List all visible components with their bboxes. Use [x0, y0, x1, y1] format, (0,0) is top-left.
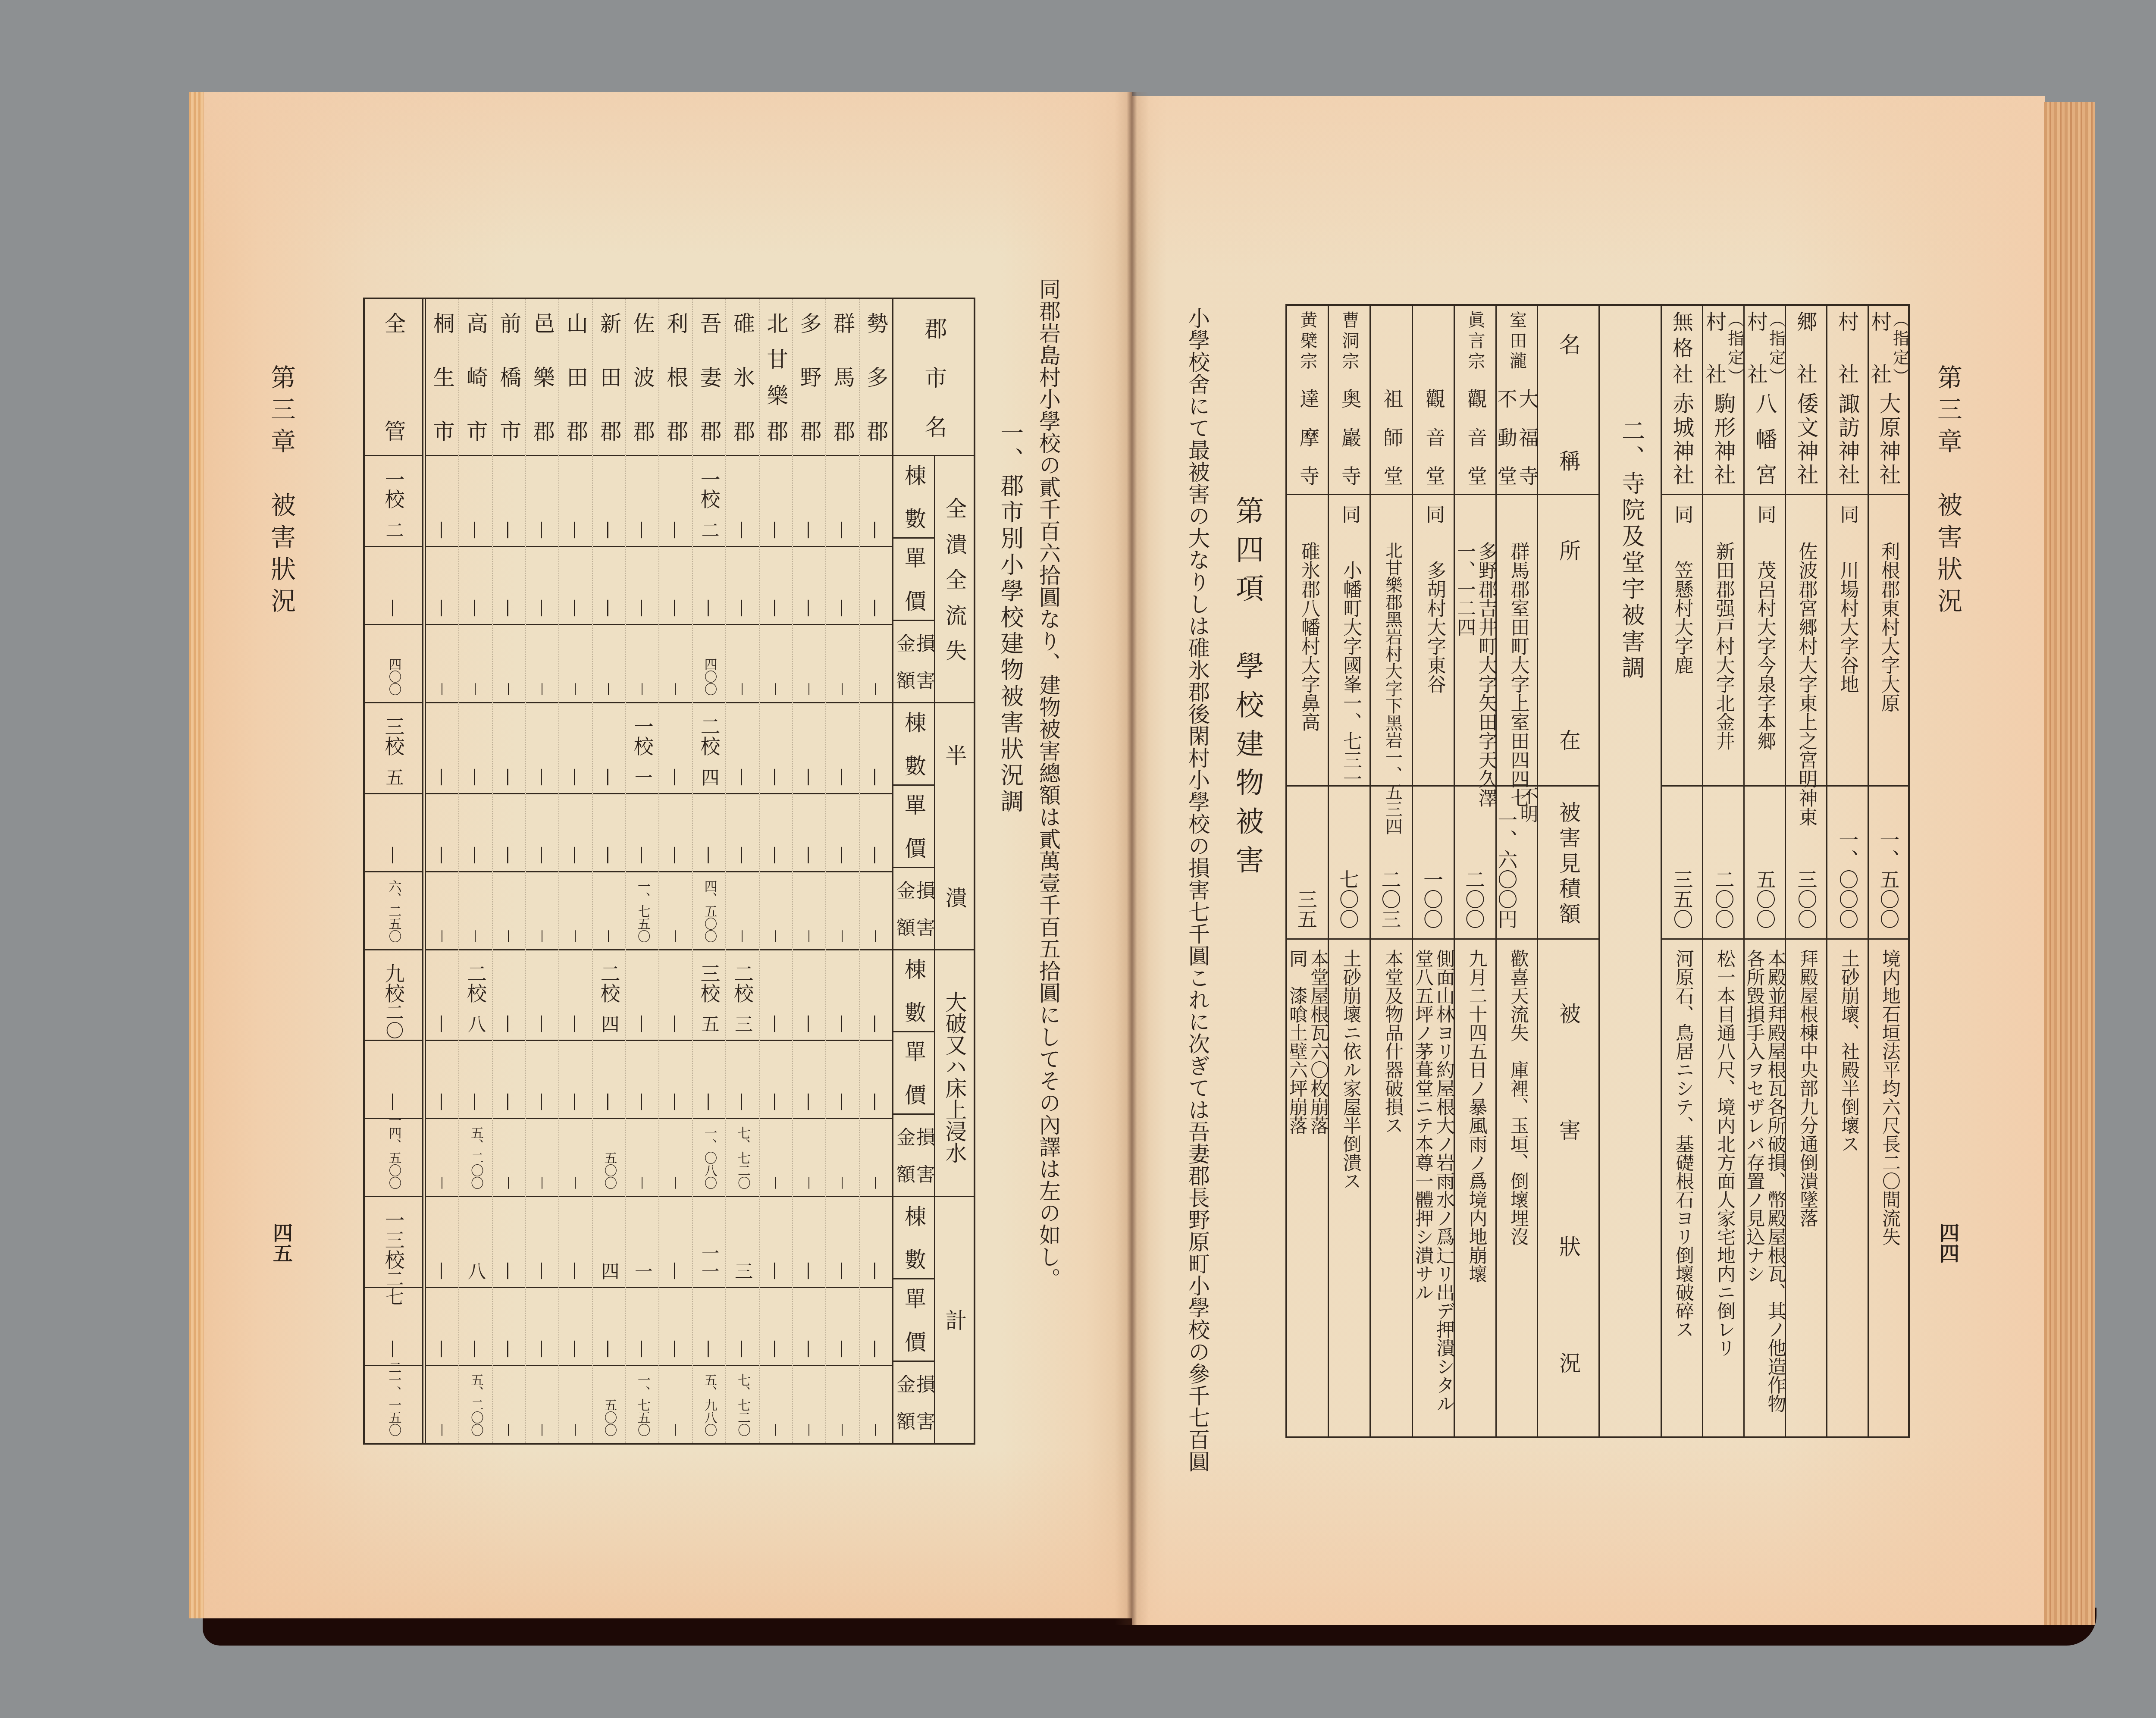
- damage-estimate: 三〇〇: [1796, 869, 1816, 929]
- unit-price: —: [533, 1340, 552, 1358]
- damage-estimate: 一、〇〇〇: [1838, 830, 1858, 929]
- district-header: 吾妻郡: [693, 299, 725, 456]
- unit-price: —: [834, 1093, 852, 1111]
- amount-cell: 一〇〇: [1413, 787, 1454, 940]
- location: 碓氷郡八幡村大字鼻高: [1299, 542, 1318, 731]
- group-half-collapse: 半潰: [944, 744, 965, 908]
- temple-name: 奥巖寺: [1340, 389, 1360, 486]
- damage-cell: 境内地石垣法平均六尺長二〇間流失: [1869, 940, 1908, 1436]
- building-count: 一: [633, 768, 652, 786]
- unit-price: —: [433, 846, 451, 864]
- count-cell: 一校一: [626, 703, 658, 794]
- unit-price-cell: —: [826, 547, 859, 625]
- damage-cell: 本殿並拜殿屋根瓦各所破損、幣殿屋根瓦、其ノ他造作物各所毀損手入ヲセザレバ存置ノ見…: [1745, 940, 1785, 1436]
- district-header: 多野郡: [793, 299, 825, 456]
- temple-sect: 曹洞宗: [1341, 311, 1358, 369]
- unit-price: —: [667, 599, 685, 617]
- damage-amount-cell: —: [726, 625, 758, 703]
- unit-price: —: [834, 1340, 852, 1358]
- building-count: 二: [700, 521, 718, 539]
- damage-amount: —: [669, 1423, 682, 1436]
- damage-amount-cell: —: [493, 625, 525, 703]
- building-count: —: [767, 1262, 785, 1280]
- amount-cell: 一、五〇〇: [1869, 787, 1908, 940]
- damage-amount: 五〇〇: [602, 1398, 615, 1436]
- damage-text: 九月二十四五日ノ暴風雨ノ爲境内地崩壞: [1467, 949, 1486, 1283]
- unit-price-label: 單價: [903, 1041, 924, 1105]
- sub-label-cell: 棟數: [893, 1197, 934, 1279]
- temple-name-2: 不動堂: [1496, 389, 1516, 486]
- location: 新田郡强戸村大字北金井: [1714, 542, 1733, 750]
- damage-amount: —: [569, 1423, 582, 1436]
- damage-amount-cell: —: [426, 1366, 458, 1443]
- unit-price-cell: —: [459, 1041, 492, 1119]
- unit-price-cell: —: [365, 794, 422, 872]
- building-count: 二: [385, 521, 403, 539]
- building-count: 三: [733, 1262, 752, 1280]
- count-cell: 一一: [693, 1197, 725, 1288]
- unit-price: —: [700, 846, 718, 864]
- rank-note: （指定）: [1768, 311, 1784, 384]
- district-name: 勢多郡: [865, 312, 887, 442]
- damage-amount-cell: —: [526, 872, 558, 950]
- unit-price: —: [433, 1093, 451, 1111]
- count-cell: —: [626, 950, 658, 1041]
- building-damage-summary-text: 同郡岩島村小學校の貳千百六拾圓なり、建物被害總額は貳萬壹千百五拾圓にしてその內譯…: [1035, 278, 1059, 1290]
- unit-price: —: [800, 1340, 818, 1358]
- damage-amount: —: [636, 1176, 649, 1189]
- shrine-rank: 村社: [1836, 311, 1859, 386]
- unit-price: —: [567, 1093, 585, 1111]
- damage-amount-cell: —: [493, 1366, 525, 1443]
- district-header: 前橋市: [493, 299, 525, 456]
- damage-amount-cell: —: [493, 872, 525, 950]
- count-cell: —: [793, 456, 825, 547]
- damage-amount: —: [436, 1176, 449, 1189]
- damage-amount-cell: —: [760, 625, 792, 703]
- damage-amount-cell: —: [793, 872, 825, 950]
- damage-amount: —: [569, 683, 582, 695]
- count-cell: —: [860, 703, 892, 794]
- building-count: —: [800, 768, 818, 786]
- count-cell: 三校五: [693, 950, 725, 1041]
- count-cell: —: [426, 456, 458, 547]
- damage-text: 歡喜天流失 庫裡、玉垣、倒壞埋沒: [1509, 949, 1527, 1246]
- count-cell: 一校二: [365, 456, 422, 547]
- shrine-rank: （指定） 村社: [1745, 311, 1784, 386]
- building-count: —: [500, 768, 518, 786]
- shrine-rank: （指定） 村社: [1869, 311, 1908, 386]
- location-cell: 新田郡强戸村大字北金井: [1703, 495, 1743, 787]
- count-cell: 二校八: [459, 950, 492, 1041]
- unit-price-cell: —: [626, 1041, 658, 1119]
- temple-name: 大福寺: [1518, 389, 1538, 486]
- unit-price: —: [567, 599, 585, 617]
- damage-amount: —: [602, 930, 615, 942]
- damage-amount: 五、九八〇: [703, 1373, 716, 1436]
- temple-row: 觀音堂 同 多胡村大字東谷 一〇〇 側面山林ヨリ約屋根大ノ岩雨水ノ爲辷リ出デ押潰…: [1412, 306, 1454, 1436]
- sub-label-cell: 單價: [893, 786, 934, 868]
- damage-amount-cell: —: [559, 1119, 592, 1197]
- district-column: 吾妻郡 一校二 — 四〇〇 二校四 — 四、五〇〇 三校五 — 一、〇八〇 一一…: [692, 299, 725, 1443]
- count-cell: 二校四: [593, 950, 625, 1041]
- shrine-row: 郷社 倭文神社 佐波郡宮郷村大字東上之宮明神東 三〇〇 拜殿屋根棟中央部九分通倒…: [1785, 306, 1826, 1436]
- building-count: —: [433, 768, 451, 786]
- unit-price: —: [700, 599, 718, 617]
- damage-amount: —: [869, 683, 882, 695]
- district-header-cell: 郡市名: [892, 299, 974, 456]
- building-count: —: [867, 768, 885, 786]
- name-cell: 郷社 倭文神社: [1786, 306, 1826, 495]
- shrine-temple-damage-table: （指定） 村社 大原神社 利根郡東村大字大原 一、五〇〇 境内地石垣法平均六尺長…: [1285, 304, 1910, 1438]
- building-count: —: [800, 1262, 818, 1280]
- temple-name: 達摩寺: [1298, 389, 1318, 486]
- count-cell: —: [526, 456, 558, 547]
- building-count: —: [433, 521, 451, 539]
- count-cell: —: [526, 1197, 558, 1288]
- damage-amount-cell: —: [626, 625, 658, 703]
- building-count: —: [500, 1262, 518, 1280]
- district-school-damage-table: 郡市名 棟數 單價 損害金額 棟數 單價 損害金額 棟數 單價 損害金額 棟數 …: [363, 298, 975, 1445]
- damage-amount: 二一、一五〇: [387, 1361, 400, 1436]
- damage-amount-cell: 四、五〇〇: [693, 872, 725, 950]
- unit-price: —: [600, 599, 618, 617]
- amount-cell: 三五〇: [1662, 787, 1702, 940]
- damage-cell: 松一本目通八尺、境内北方面人家宅地内ニ倒レリ: [1703, 940, 1743, 1436]
- unit-price: —: [533, 599, 552, 617]
- building-count: —: [433, 1262, 451, 1280]
- damage-amount: —: [869, 1423, 882, 1436]
- unit-price-cell: —: [493, 1288, 525, 1366]
- sub-label-cell: 單價: [893, 1279, 934, 1362]
- count-cell: —: [760, 950, 792, 1041]
- temple-sect: 黄檗宗: [1299, 311, 1316, 369]
- unit-price-label: 單價: [903, 547, 924, 611]
- damage-estimate: 三五〇: [1672, 869, 1692, 929]
- district-table-title: 一、郡市別小學校建物被害狀況調: [996, 421, 1022, 815]
- location: 利根郡東村大字大原: [1879, 542, 1898, 712]
- district-column: 勢多郡 — — — — — — — — — — — —: [859, 299, 892, 1443]
- damage-amount: —: [436, 930, 449, 942]
- unit-price: —: [600, 846, 618, 864]
- unit-price-cell: —: [593, 547, 625, 625]
- school-count: 三校: [384, 716, 404, 756]
- rank: 村社: [1745, 311, 1766, 384]
- damage-amount-cell: 一四、五〇〇: [365, 1119, 422, 1197]
- building-count: —: [533, 768, 552, 786]
- unit-price-cell: —: [860, 1041, 892, 1119]
- location: 茂呂村大字今泉字本郷: [1755, 561, 1774, 750]
- damage-amount: —: [569, 1176, 582, 1189]
- unit-price-cell: —: [426, 547, 458, 625]
- count-cell: —: [459, 456, 492, 547]
- count-cell: —: [860, 456, 892, 547]
- unit-price-cell: —: [493, 547, 525, 625]
- district-column: 前橋市 — — — — — — — — — — — —: [492, 299, 525, 1443]
- district-name: 吾妻郡: [699, 312, 720, 442]
- building-count: —: [500, 521, 518, 539]
- damage-amount-cell: 五、九八〇: [693, 1366, 725, 1443]
- damage-estimate: 一、六〇〇円: [1497, 810, 1517, 929]
- damage-amount-cell: 一、〇八〇: [693, 1119, 725, 1197]
- count-cell: —: [426, 1197, 458, 1288]
- unit-price: —: [500, 1340, 518, 1358]
- unit-price: —: [467, 599, 485, 617]
- damage-amount: —: [769, 930, 782, 942]
- building-count: —: [834, 768, 852, 786]
- building-count: —: [633, 1015, 652, 1033]
- school-section-heading: 第四項 學校建物被害: [1231, 496, 1261, 884]
- rank: 村社: [1836, 311, 1857, 384]
- school-count: 一校: [633, 716, 652, 756]
- temple-row: 黄檗宗 達摩寺 碓氷郡八幡村大字鼻高 三五 本堂屋根瓦六〇枚崩落同 漆喰土壁六坪…: [1287, 306, 1328, 1436]
- count-cell: 一: [626, 1197, 658, 1288]
- unit-price-cell: —: [826, 794, 859, 872]
- name-cell: 黄檗宗 達摩寺: [1287, 306, 1328, 495]
- building-count: 五: [385, 768, 403, 786]
- count-cell: 四: [593, 1197, 625, 1288]
- damage-amount-cell: —: [860, 1119, 892, 1197]
- sub-label-cell: 單價: [893, 1032, 934, 1115]
- temple-name: 祖師堂: [1382, 389, 1402, 486]
- unit-price: —: [867, 846, 885, 864]
- unit-price: —: [667, 1340, 685, 1358]
- damage-amount: —: [836, 930, 849, 942]
- building-count: —: [767, 1015, 785, 1033]
- count-label: 棟數: [903, 464, 924, 529]
- district-column: 群馬郡 — — — — — — — — — — — —: [825, 299, 859, 1443]
- damage-amount: 四〇〇: [703, 658, 716, 695]
- damage-estimate: 一〇〇: [1422, 869, 1442, 929]
- temple-row: 祖師堂 北甘樂郡黑岩村大字下黑岩一、五三四 二〇三 本堂及物品什器破損ス: [1369, 306, 1412, 1436]
- damage-amount: —: [836, 683, 849, 695]
- district-column: 高崎市 — — — — — — 二校八 — 五、二〇〇 八 — 五、二〇〇: [458, 299, 492, 1443]
- building-count: —: [800, 521, 818, 539]
- school-count: 二校: [466, 963, 486, 1003]
- damage-amount: —: [736, 930, 749, 942]
- location: 小幡町大字國峯一、七三一: [1341, 561, 1360, 788]
- unit-price: —: [767, 1340, 785, 1358]
- damage-estimate: 一、五〇〇: [1879, 830, 1899, 929]
- unit-price: —: [467, 1340, 485, 1358]
- count-label: 棟數: [903, 1205, 924, 1270]
- count-cell: —: [760, 1197, 792, 1288]
- count-cell: —: [493, 456, 525, 547]
- location: 群馬郡室田町大字上室田四四七: [1509, 542, 1528, 807]
- rank: 無格社: [1671, 311, 1692, 384]
- damage-amount-cell: 四〇〇: [365, 625, 422, 703]
- unit-price-cell: —: [726, 547, 758, 625]
- unit-price-cell: —: [760, 794, 792, 872]
- count-cell: —: [826, 456, 859, 547]
- location: 多胡村大字東谷: [1425, 561, 1444, 693]
- sub-label-cell: 棟數: [893, 456, 934, 539]
- count-cell: —: [559, 703, 592, 794]
- unit-price-cell: —: [760, 1041, 792, 1119]
- location-prefix: 同: [1424, 505, 1443, 524]
- damage-amount: —: [569, 930, 582, 942]
- damage-text: 松一本目通八尺、境内北方面人家宅地内ニ倒レリ: [1715, 949, 1734, 1357]
- unit-price-cell: —: [459, 547, 492, 625]
- unit-price: —: [867, 1340, 885, 1358]
- count-cell: —: [493, 703, 525, 794]
- district-header: 佐波郡: [626, 299, 658, 456]
- temple-section-title-column: 二、寺院及堂宇被害調: [1598, 306, 1661, 1436]
- header-amount: 被害見積額: [1557, 801, 1579, 924]
- amount-cell: 一、〇〇〇: [1827, 787, 1868, 940]
- location-prefix: 同: [1340, 505, 1359, 524]
- unit-price-cell: —: [626, 794, 658, 872]
- damage-amount: 五、二〇〇: [469, 1126, 482, 1189]
- unit-price-cell: —: [559, 547, 592, 625]
- location-cell: 多野郡吉井町大字矢田字天久澤一、一二四: [1455, 495, 1495, 787]
- unit-price: —: [733, 1093, 752, 1111]
- damage-amount-cell: —: [659, 1119, 692, 1197]
- count-cell: —: [826, 703, 859, 794]
- damage-amount-cell: 七、七二〇: [726, 1119, 758, 1197]
- district-name: 北甘樂郡: [765, 312, 787, 442]
- unit-price-cell: —: [426, 794, 458, 872]
- damage-amount-cell: —: [626, 1119, 658, 1197]
- damage-text-2: 同 漆喰土壁六坪崩落: [1288, 949, 1306, 1135]
- sub-label-cell: 損害金額: [893, 621, 934, 703]
- damage-amount: —: [803, 683, 816, 695]
- damage-amount-cell: —: [659, 872, 692, 950]
- damage-amount-cell: 五〇〇: [593, 1119, 625, 1197]
- building-count: —: [467, 768, 485, 786]
- unit-price-cell: —: [693, 1288, 725, 1366]
- location-cell: 同 小幡町大字國峯一、七三一: [1329, 495, 1369, 787]
- building-count: —: [834, 521, 852, 539]
- damage-amount-cell: —: [760, 1366, 792, 1443]
- damage-amount-cell: 六、二五〇: [365, 872, 422, 950]
- damage-estimate: 五〇〇: [1755, 869, 1775, 929]
- damage-amount: —: [469, 930, 482, 942]
- damage-amount-cell: —: [726, 872, 758, 950]
- unit-price-cell: —: [860, 1288, 892, 1366]
- damage-amount: 一四、五〇〇: [387, 1114, 400, 1189]
- shrine-row: （指定） 村社 八幡宮 同 茂呂村大字今泉字本郷 五〇〇 本殿並拜殿屋根瓦各所破…: [1743, 306, 1785, 1436]
- damage-amount-cell: —: [760, 872, 792, 950]
- damage-amount: 一、七五〇: [636, 1373, 649, 1436]
- count-cell: —: [593, 703, 625, 794]
- building-count: —: [733, 521, 752, 539]
- header-name-cell: 名稱: [1538, 306, 1598, 495]
- damage-amount: 六、二五〇: [387, 880, 400, 942]
- damage-amount-cell: 五、二〇〇: [459, 1119, 492, 1197]
- damage-amount: —: [769, 683, 782, 695]
- count-cell: —: [526, 950, 558, 1041]
- count-cell: —: [793, 950, 825, 1041]
- damage-cell: 土砂崩壞ニ依ル家屋半倒潰ス: [1329, 940, 1369, 1436]
- unit-price: —: [385, 846, 403, 864]
- damage-amount-cell: —: [659, 1366, 692, 1443]
- sub-label-cell: 單價: [893, 539, 934, 621]
- shrine-row: （指定） 村社 大原神社 利根郡東村大字大原 一、五〇〇 境内地石垣法平均六尺長…: [1868, 306, 1908, 1436]
- unit-price: —: [867, 1093, 885, 1111]
- group-label-cell: 大破又ハ床上浸水: [935, 950, 974, 1198]
- damage-cell: 本堂屋根瓦六〇枚崩落同 漆喰土壁六坪崩落: [1287, 940, 1328, 1436]
- shrine-row: 村社 諏訪神社 同 川場村大字谷地 一、〇〇〇 土砂崩壞、社殿半倒壞ス: [1826, 306, 1868, 1436]
- building-count: —: [567, 521, 585, 539]
- damage-amount: —: [536, 1423, 549, 1436]
- count-cell: —: [826, 1197, 859, 1288]
- damage-amount-cell: 七、七二〇: [726, 1366, 758, 1443]
- building-count: —: [500, 1015, 518, 1033]
- temple-sect: 眞言宗: [1467, 311, 1484, 369]
- unit-price-cell: —: [726, 1041, 758, 1119]
- building-count: —: [633, 521, 652, 539]
- unit-price: —: [667, 1093, 685, 1111]
- damage-amount-cell: 一、七五〇: [626, 1366, 658, 1443]
- building-count: —: [867, 1015, 885, 1033]
- location-prefix: 同: [1673, 505, 1692, 524]
- damage-amount-label: 損害: [914, 1127, 933, 1183]
- unit-price-cell: —: [860, 547, 892, 625]
- school-section-body: 小學校舍にて最被害の大なりしは碓氷郡後閑村小學校の損害七千圓これに次ぎては吾妻郡…: [1184, 307, 1208, 1473]
- district-column: 桐生市 — — — — — — — — — — — —: [426, 299, 458, 1443]
- damage-amount-cell: —: [459, 872, 492, 950]
- damage-amount-cell: —: [526, 1119, 558, 1197]
- district-header: 新田郡: [593, 299, 625, 456]
- right-page-edges: [2044, 102, 2095, 1625]
- unit-price: —: [733, 846, 752, 864]
- unit-price-cell: —: [365, 547, 422, 625]
- count-cell: —: [459, 703, 492, 794]
- unit-price: —: [767, 846, 785, 864]
- damage-text: 河原石、鳥居ニシテ、基礎根石ヨリ倒壞破碎ス: [1674, 949, 1692, 1339]
- district-columns: 勢多郡 — — — — — — — — — — — — 群馬郡 — — — — …: [426, 299, 892, 1443]
- unit-price-cell: —: [365, 1288, 422, 1366]
- damage-amount: —: [502, 1176, 515, 1189]
- damage-cell: 拜殿屋根棟中央部九分通倒潰墜落: [1786, 940, 1826, 1436]
- count-cell: —: [426, 703, 458, 794]
- building-count: 一: [633, 1262, 652, 1280]
- unit-price: —: [834, 599, 852, 617]
- amount-cell: 三五: [1287, 787, 1328, 940]
- location: 佐波郡宮郷村大字東上之宮明神東: [1797, 542, 1816, 826]
- prefecture-total-column: 全管 一校二 — 四〇〇 三校五 — 六、二五〇 九校二〇 — 一四、五〇〇 一…: [365, 299, 426, 1443]
- building-count: 二〇: [385, 1003, 403, 1039]
- building-count: 八: [467, 1262, 485, 1280]
- damage-estimate: 二〇三: [1380, 869, 1400, 929]
- temple-section-title: 二、寺院及堂宇被害調: [1617, 419, 1643, 682]
- damage-amount: 五〇〇: [602, 1151, 615, 1189]
- unit-price: —: [433, 1340, 451, 1358]
- unit-price: —: [767, 599, 785, 617]
- damage-amount-label-2: 金額: [894, 881, 913, 937]
- damage-text: 側面山林ヨリ約屋根大ノ岩雨水ノ爲辷リ出デ押潰シタル: [1435, 949, 1453, 1413]
- damage-amount: —: [869, 930, 882, 942]
- temple-sect: 室田瀧: [1508, 311, 1526, 369]
- unit-price: —: [633, 599, 652, 617]
- unit-price-cell: —: [626, 1288, 658, 1366]
- unit-price-cell: —: [559, 1041, 592, 1119]
- unit-price: —: [867, 599, 885, 617]
- damage-amount-cell: —: [426, 872, 458, 950]
- damage-estimate: 三五: [1296, 889, 1316, 929]
- damage-amount: —: [803, 930, 816, 942]
- count-cell: 三: [726, 1197, 758, 1288]
- building-count: —: [834, 1015, 852, 1033]
- school-count: 九校: [384, 963, 404, 1003]
- temple-row: 眞言宗 觀音堂 多野郡吉井町大字矢田字天久澤一、一二四 二〇〇 九月二十四五日ノ…: [1454, 306, 1495, 1436]
- shrine-name: 赤城神社: [1671, 392, 1693, 485]
- damage-amount-cell: —: [793, 625, 825, 703]
- unit-price-cell: —: [526, 1041, 558, 1119]
- name-cell: （指定） 村社 駒形神社: [1703, 306, 1743, 495]
- damage-text: 本堂及物品什器破損ス: [1383, 949, 1402, 1135]
